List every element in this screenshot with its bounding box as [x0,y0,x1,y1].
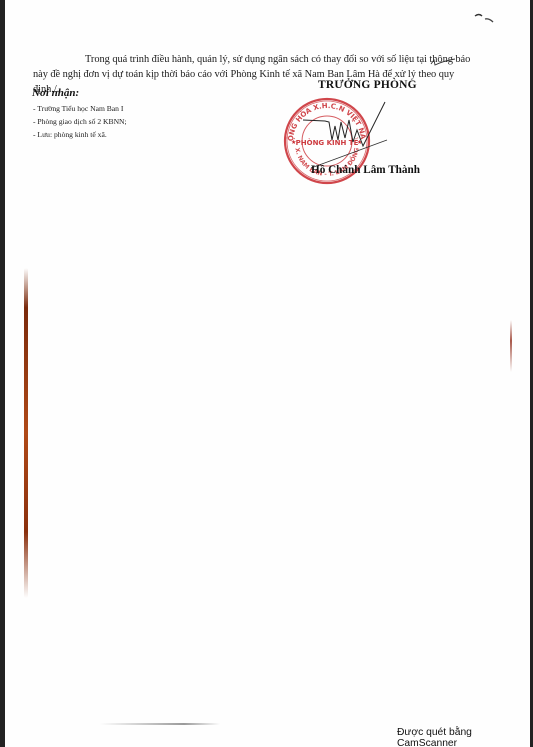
recipient-item: - Phòng giao dịch số 2 KBNN; [33,115,127,128]
recipient-item: - Trường Tiểu học Nam Ban I [33,102,127,115]
initial-mark [429,57,457,67]
scanned-page: Trong quá trình điều hành, quản lý, sử d… [5,0,530,747]
recipients-list: - Trường Tiểu học Nam Ban I - Phòng giao… [33,102,127,142]
scan-smudge [100,723,220,725]
signer-name: Hồ Chánh Lâm Thành [311,164,420,176]
recipients-title: Nơi nhận: [32,87,79,99]
recipient-item: - Lưu: phòng kinh tế xã. [33,128,127,141]
signer-title: TRƯỞNG PHÒNG [318,79,417,91]
camscanner-watermark: Được quét bằng CamScanner [397,727,530,747]
pen-mark [473,12,497,26]
scan-edge-artifact [24,268,28,598]
scan-edge-artifact [510,320,512,372]
